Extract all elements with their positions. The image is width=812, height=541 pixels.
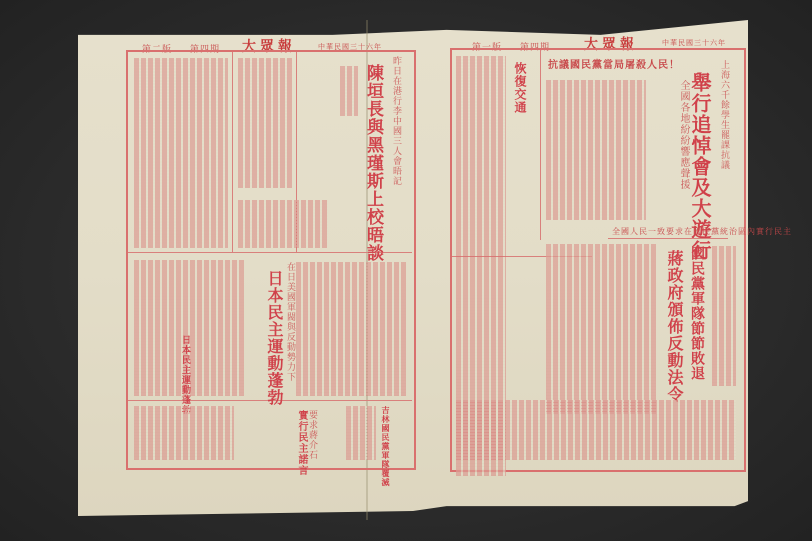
article-text xyxy=(238,58,292,188)
column-rule xyxy=(540,50,541,240)
strip-headline: 全國人民一致要求在國民黨統治區內實行民主 xyxy=(612,226,792,237)
second-lead-deck: 蔣政府頒佈反動法令 xyxy=(666,250,682,403)
kicker-left-top: 昨日在港行李中國三人會晤記 xyxy=(390,56,403,186)
article-text xyxy=(546,80,646,220)
headline-left-middle: 日本民主運動蓬勃 xyxy=(266,270,282,406)
section-rule xyxy=(608,238,728,239)
article-text xyxy=(296,262,406,396)
article-text xyxy=(238,200,328,248)
article-text xyxy=(346,406,376,460)
second-lead-headline: 國民黨軍隊節節敗退 xyxy=(690,246,704,381)
lead-kicker: 上海六千餘學生罷課抗議 xyxy=(718,60,731,170)
headline-left-bottom: 實行民主諾言 xyxy=(296,410,306,476)
headline-left-bottom-right: 吉林國民黨軍隊覆滅 xyxy=(382,406,390,487)
article-text xyxy=(134,58,228,248)
right-date: 中華民國三十六年 xyxy=(662,38,726,48)
article-text xyxy=(712,246,736,386)
headline-left-small: 日本民主運動蓬勃 xyxy=(180,335,189,415)
kicker-left-bottom: 要求蔣介石 xyxy=(306,410,319,460)
deck-text xyxy=(340,66,358,116)
banner-headline: 抗議國民黨當局屠殺人民！ xyxy=(548,56,680,71)
headline-right-column: 恢復交通 xyxy=(514,62,526,114)
column-rule xyxy=(232,52,233,252)
article-text xyxy=(456,400,736,460)
headline-left-top: 陳垣長與黑瑾斯上校晤談 xyxy=(364,64,381,262)
article-text xyxy=(134,406,234,460)
article-text xyxy=(546,244,656,414)
lead-deck: 全國各地紛紛響應聲援 xyxy=(676,80,691,190)
